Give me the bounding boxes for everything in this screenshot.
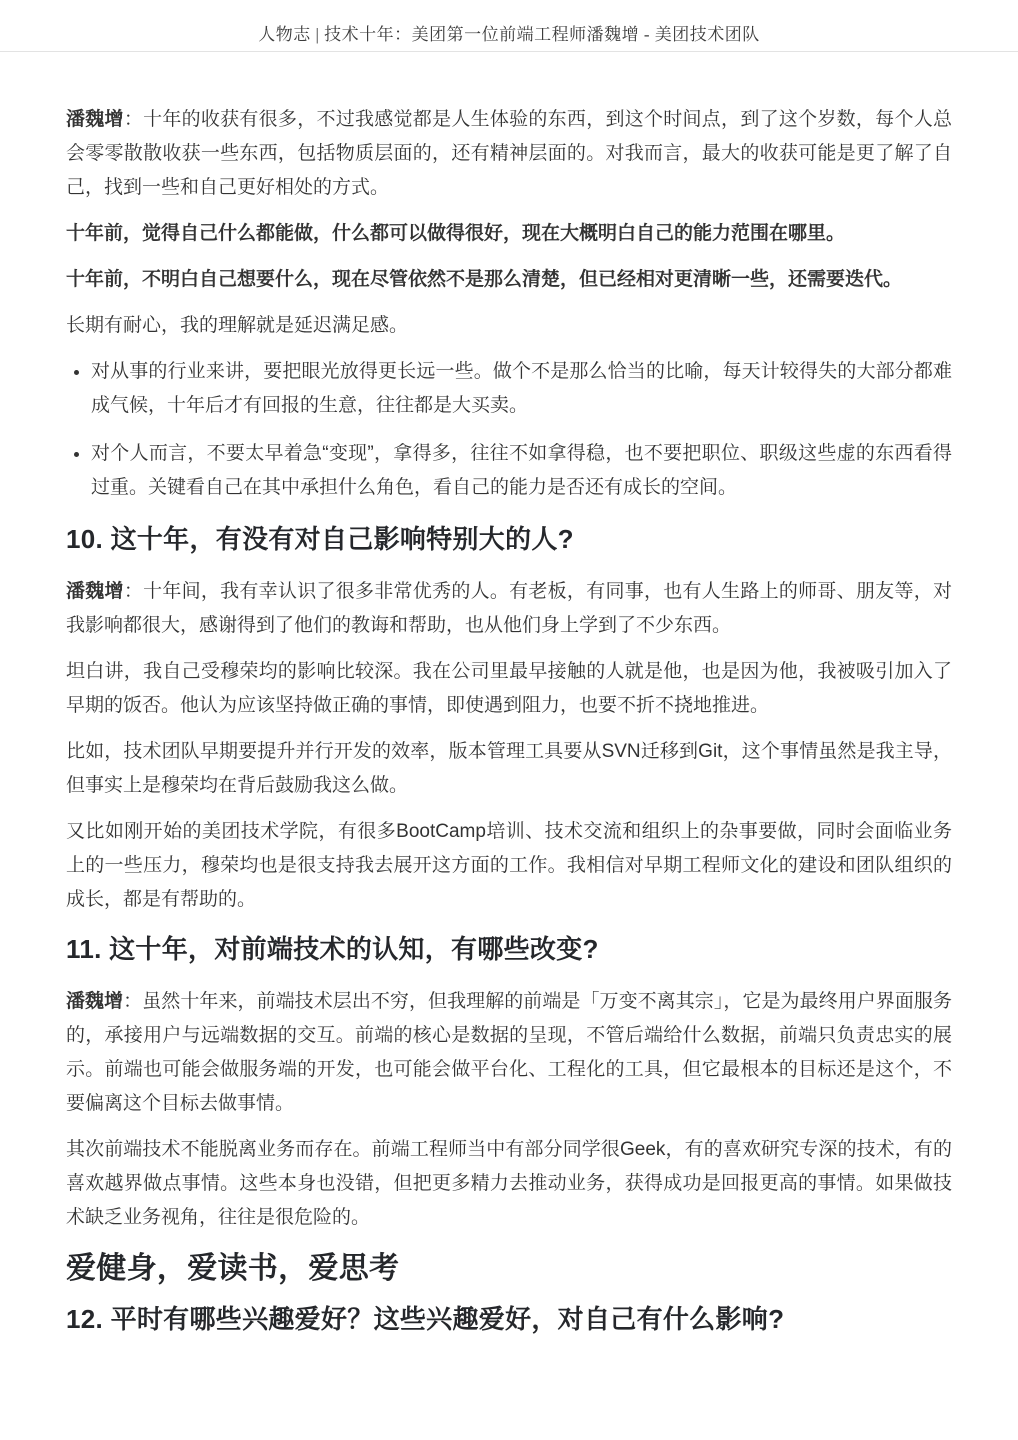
paragraph-svn-to-git: 比如，技术团队早期要提升并行开发的效率，版本管理工具要从SVN迁移到Git，这个…	[66, 735, 952, 803]
speaker-name: 潘魏增	[66, 109, 124, 130]
answer-paragraph-q11: 潘魏增：虽然十年来，前端技术层出不穷，但我理解的前端是「万变不离其宗」，它是为最…	[66, 985, 952, 1121]
answer-paragraph-q10: 潘魏增：十年间，我有幸认识了很多非常优秀的人。有老板，有同事，也有人生路上的师哥…	[66, 575, 952, 643]
page-title: 人物志 | 技术十年：美团第一位前端工程师潘魏增 - 美团技术团队	[258, 20, 760, 45]
patience-paragraph: 长期有耐心，我的理解就是延迟满足感。	[66, 309, 952, 343]
answer-text: ：虽然十年来，前端技术层出不穷，但我理解的前端是「万变不离其宗」，它是为最终用户…	[66, 991, 952, 1114]
question-10-heading: 10. 这十年，有没有对自己影响特别大的人?	[66, 519, 952, 559]
answer-text: ：十年间，我有幸认识了很多非常优秀的人。有老板，有同事，也有人生路上的师哥、朋友…	[66, 581, 952, 636]
paragraph-frontend-business: 其次前端技术不能脱离业务而存在。前端工程师当中有部分同学很Geek，有的喜欢研究…	[66, 1133, 952, 1235]
print-header: 人物志 | 技术十年：美团第一位前端工程师潘魏增 - 美团技术团队	[0, 0, 1018, 52]
section-heading-hobbies: 爱健身，爱读书，爱思考	[66, 1247, 952, 1291]
speaker-name: 潘魏增	[66, 581, 124, 602]
article-page: { "colors": { "background": "#ffffff", "…	[0, 0, 1018, 1440]
paragraph-murongjun-influence: 坦白讲，我自己受穆荣均的影响比较深。我在公司里最早接触的人就是他，也是因为他，我…	[66, 655, 952, 723]
bold-statement-1: 十年前，觉得自己什么都能做，什么都可以做得很好，现在大概明白自己的能力范围在哪里…	[66, 217, 952, 251]
answer-text: ：十年的收获有很多，不过我感觉都是人生体验的东西，到这个时间点，到了这个岁数，每…	[66, 109, 952, 198]
takeaway-list: 对从事的行业来讲，要把眼光放得更长远一些。做个不是那么恰当的比喻，每天计较得失的…	[66, 355, 952, 505]
speaker-name: 潘魏增	[66, 991, 123, 1012]
question-12-heading: 12. 平时有哪些兴趣爱好？这些兴趣爱好，对自己有什么影响?	[66, 1299, 952, 1339]
list-item: 对个人而言，不要太早着急“变现”，拿得多，往往不如拿得稳，也不要把职位、职级这些…	[91, 437, 952, 505]
article-body: 潘魏增：十年的收获有很多，不过我感觉都是人生体验的东西，到这个时间点，到了这个岁…	[0, 52, 1018, 1339]
answer-paragraph-q9: 潘魏增：十年的收获有很多，不过我感觉都是人生体验的东西，到这个时间点，到了这个岁…	[66, 103, 952, 205]
bold-statement-2: 十年前，不明白自己想要什么，现在尽管依然不是那么清楚，但已经相对更清晰一些，还需…	[66, 263, 952, 297]
paragraph-tech-college: 又比如刚开始的美团技术学院，有很多BootCamp培训、技术交流和组织上的杂事要…	[66, 815, 952, 917]
list-item: 对从事的行业来讲，要把眼光放得更长远一些。做个不是那么恰当的比喻，每天计较得失的…	[91, 355, 952, 423]
question-11-heading: 11. 这十年，对前端技术的认知，有哪些改变?	[66, 929, 952, 969]
